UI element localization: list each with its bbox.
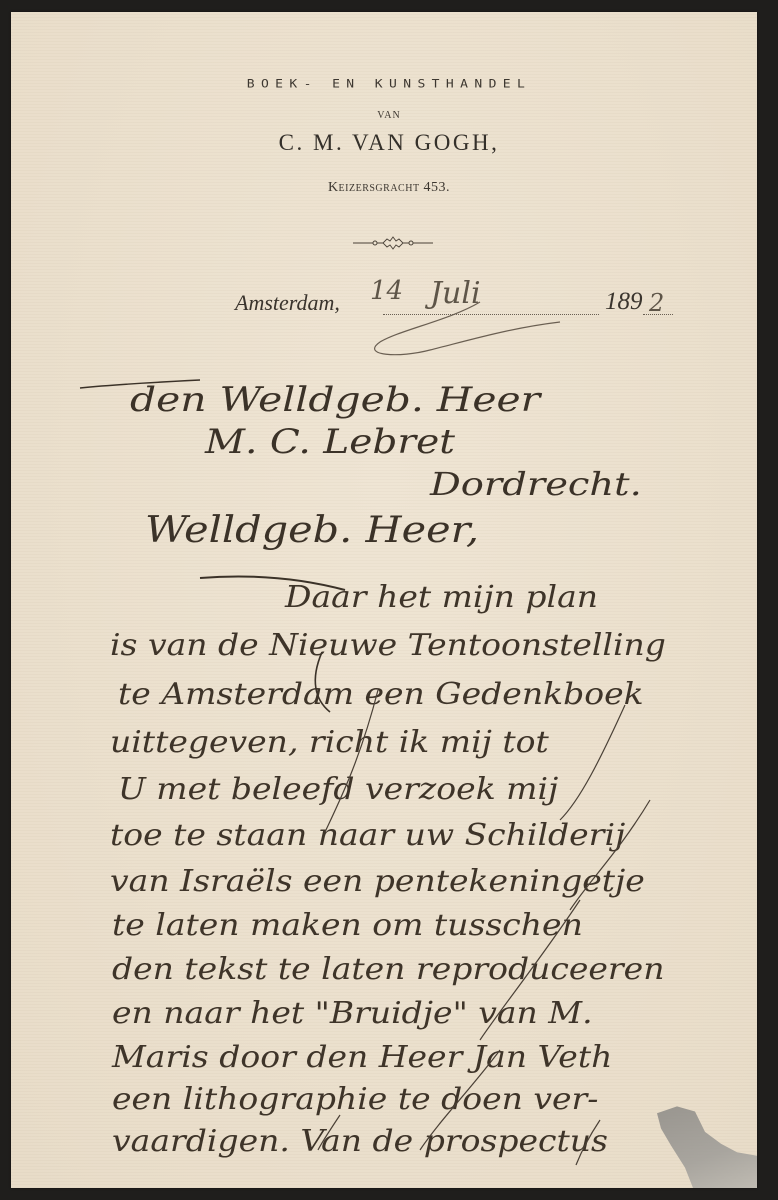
body-line: toe te staan naar uw Schilderij: [110, 818, 625, 853]
date-flourish-stroke: [360, 300, 570, 360]
body-line: U met beleefd verzoek mij: [118, 772, 558, 807]
salutation: Welldgeb. Heer,: [145, 510, 479, 551]
body-line: is van de Nieuwe Tentoonstelling: [110, 628, 666, 663]
body-line: van Israëls een pentekeningetje: [110, 864, 645, 899]
body-line: en naar het "Bruidje" van M.: [112, 996, 593, 1031]
ornament-icon: [353, 236, 433, 250]
water-stain: [657, 1103, 757, 1188]
body-line: Maris door den Heer Jan Veth: [112, 1040, 612, 1075]
letterhead-firm: Boek- en Kunsthandel: [0, 78, 778, 91]
body-line: den tekst te laten reproduceeren: [112, 952, 664, 987]
body-line: uittegeven, richt ik mij tot: [110, 725, 549, 760]
body-line: een lithographie te doen ver-: [112, 1082, 598, 1117]
addressee-city: Dordrecht.: [430, 465, 642, 503]
body-line: te Amsterdam een Gedenkboek: [118, 677, 644, 712]
body-line: te laten maken om tusschen: [112, 908, 583, 943]
date-city: Amsterdam,: [235, 290, 340, 316]
letterhead-name: C. M. VAN GOGH,: [0, 130, 778, 156]
addressee-name: M. C. Lebret: [205, 422, 455, 462]
letterhead-address: Keizersgracht 453.: [0, 180, 778, 196]
addressee-title: den Welldgeb. Heer: [130, 380, 540, 420]
body-line: Daar het mijn plan: [285, 580, 598, 615]
date-year-prefix: 189: [605, 288, 643, 316]
date-year-digit: 2: [649, 289, 664, 317]
body-line: vaardigen. Van de prospectus: [112, 1124, 608, 1159]
letterhead-van: VAN: [0, 110, 778, 121]
